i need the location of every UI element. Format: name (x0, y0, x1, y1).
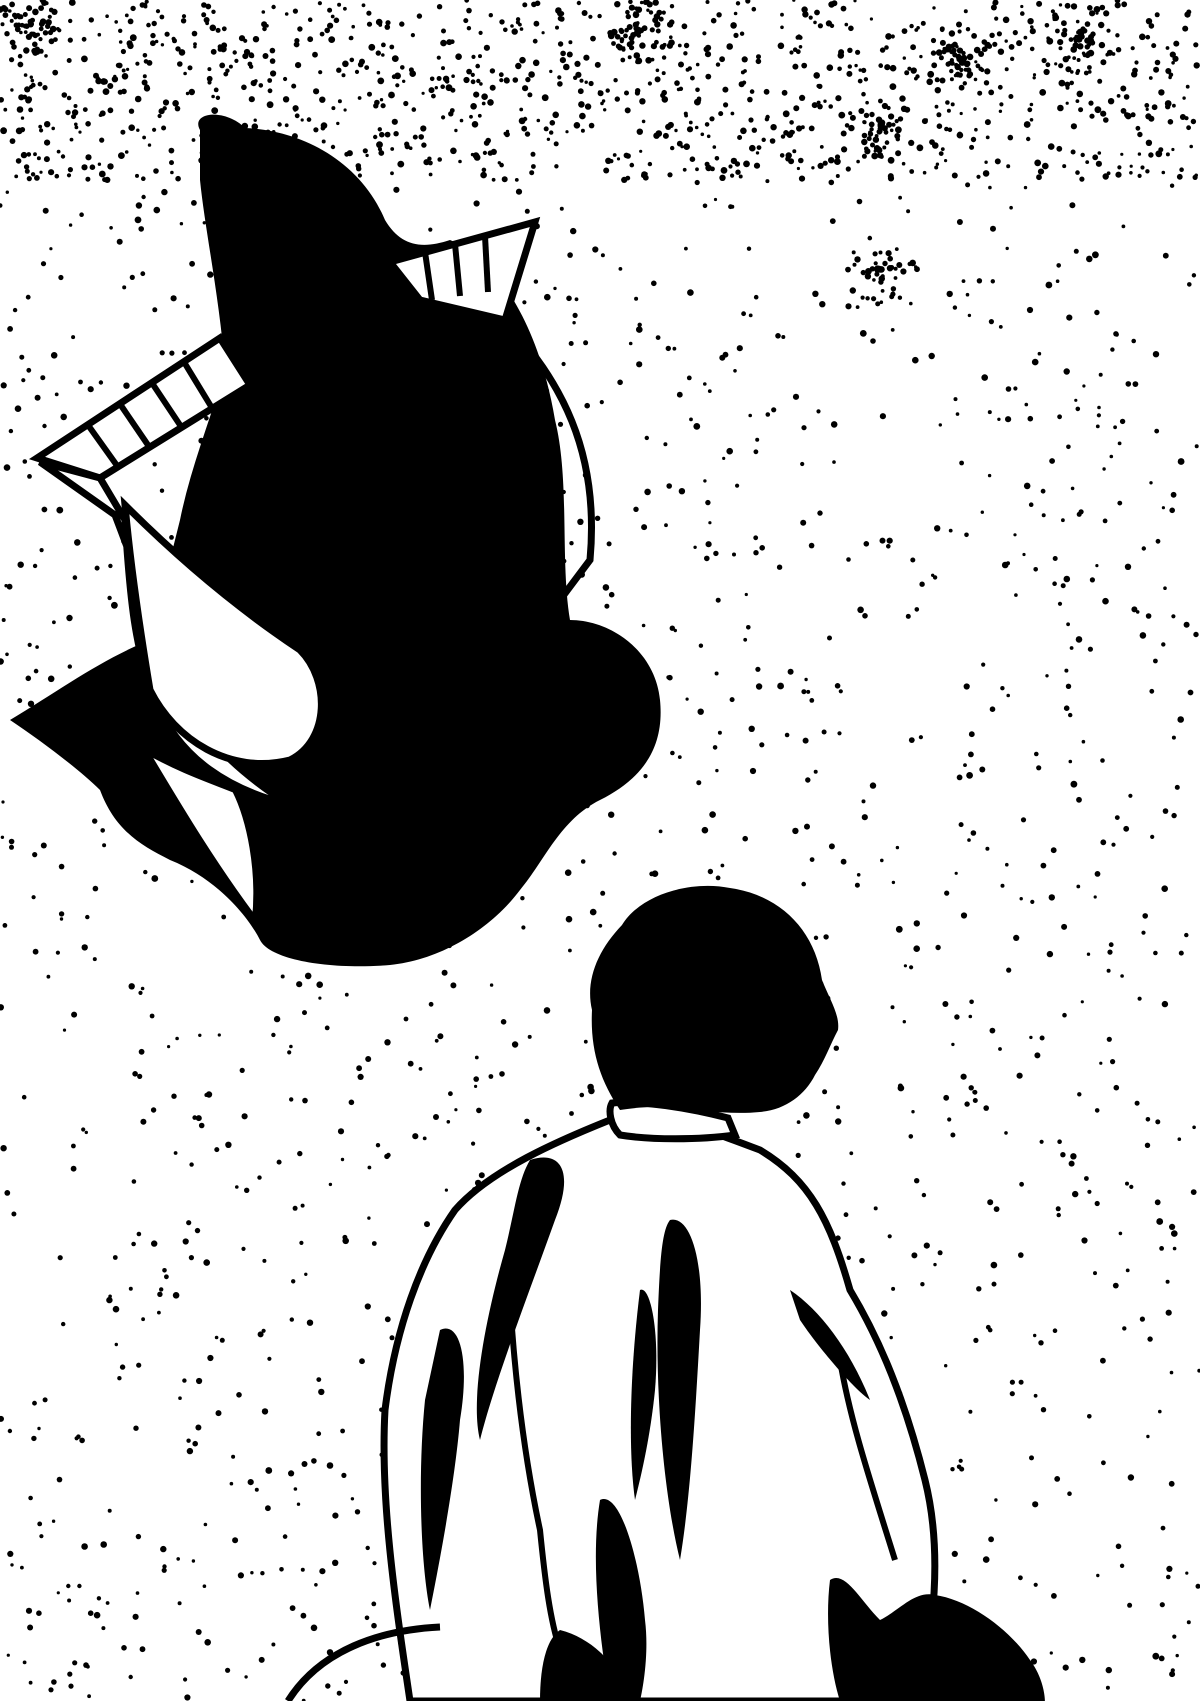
ink-illustration (0, 0, 1200, 1701)
